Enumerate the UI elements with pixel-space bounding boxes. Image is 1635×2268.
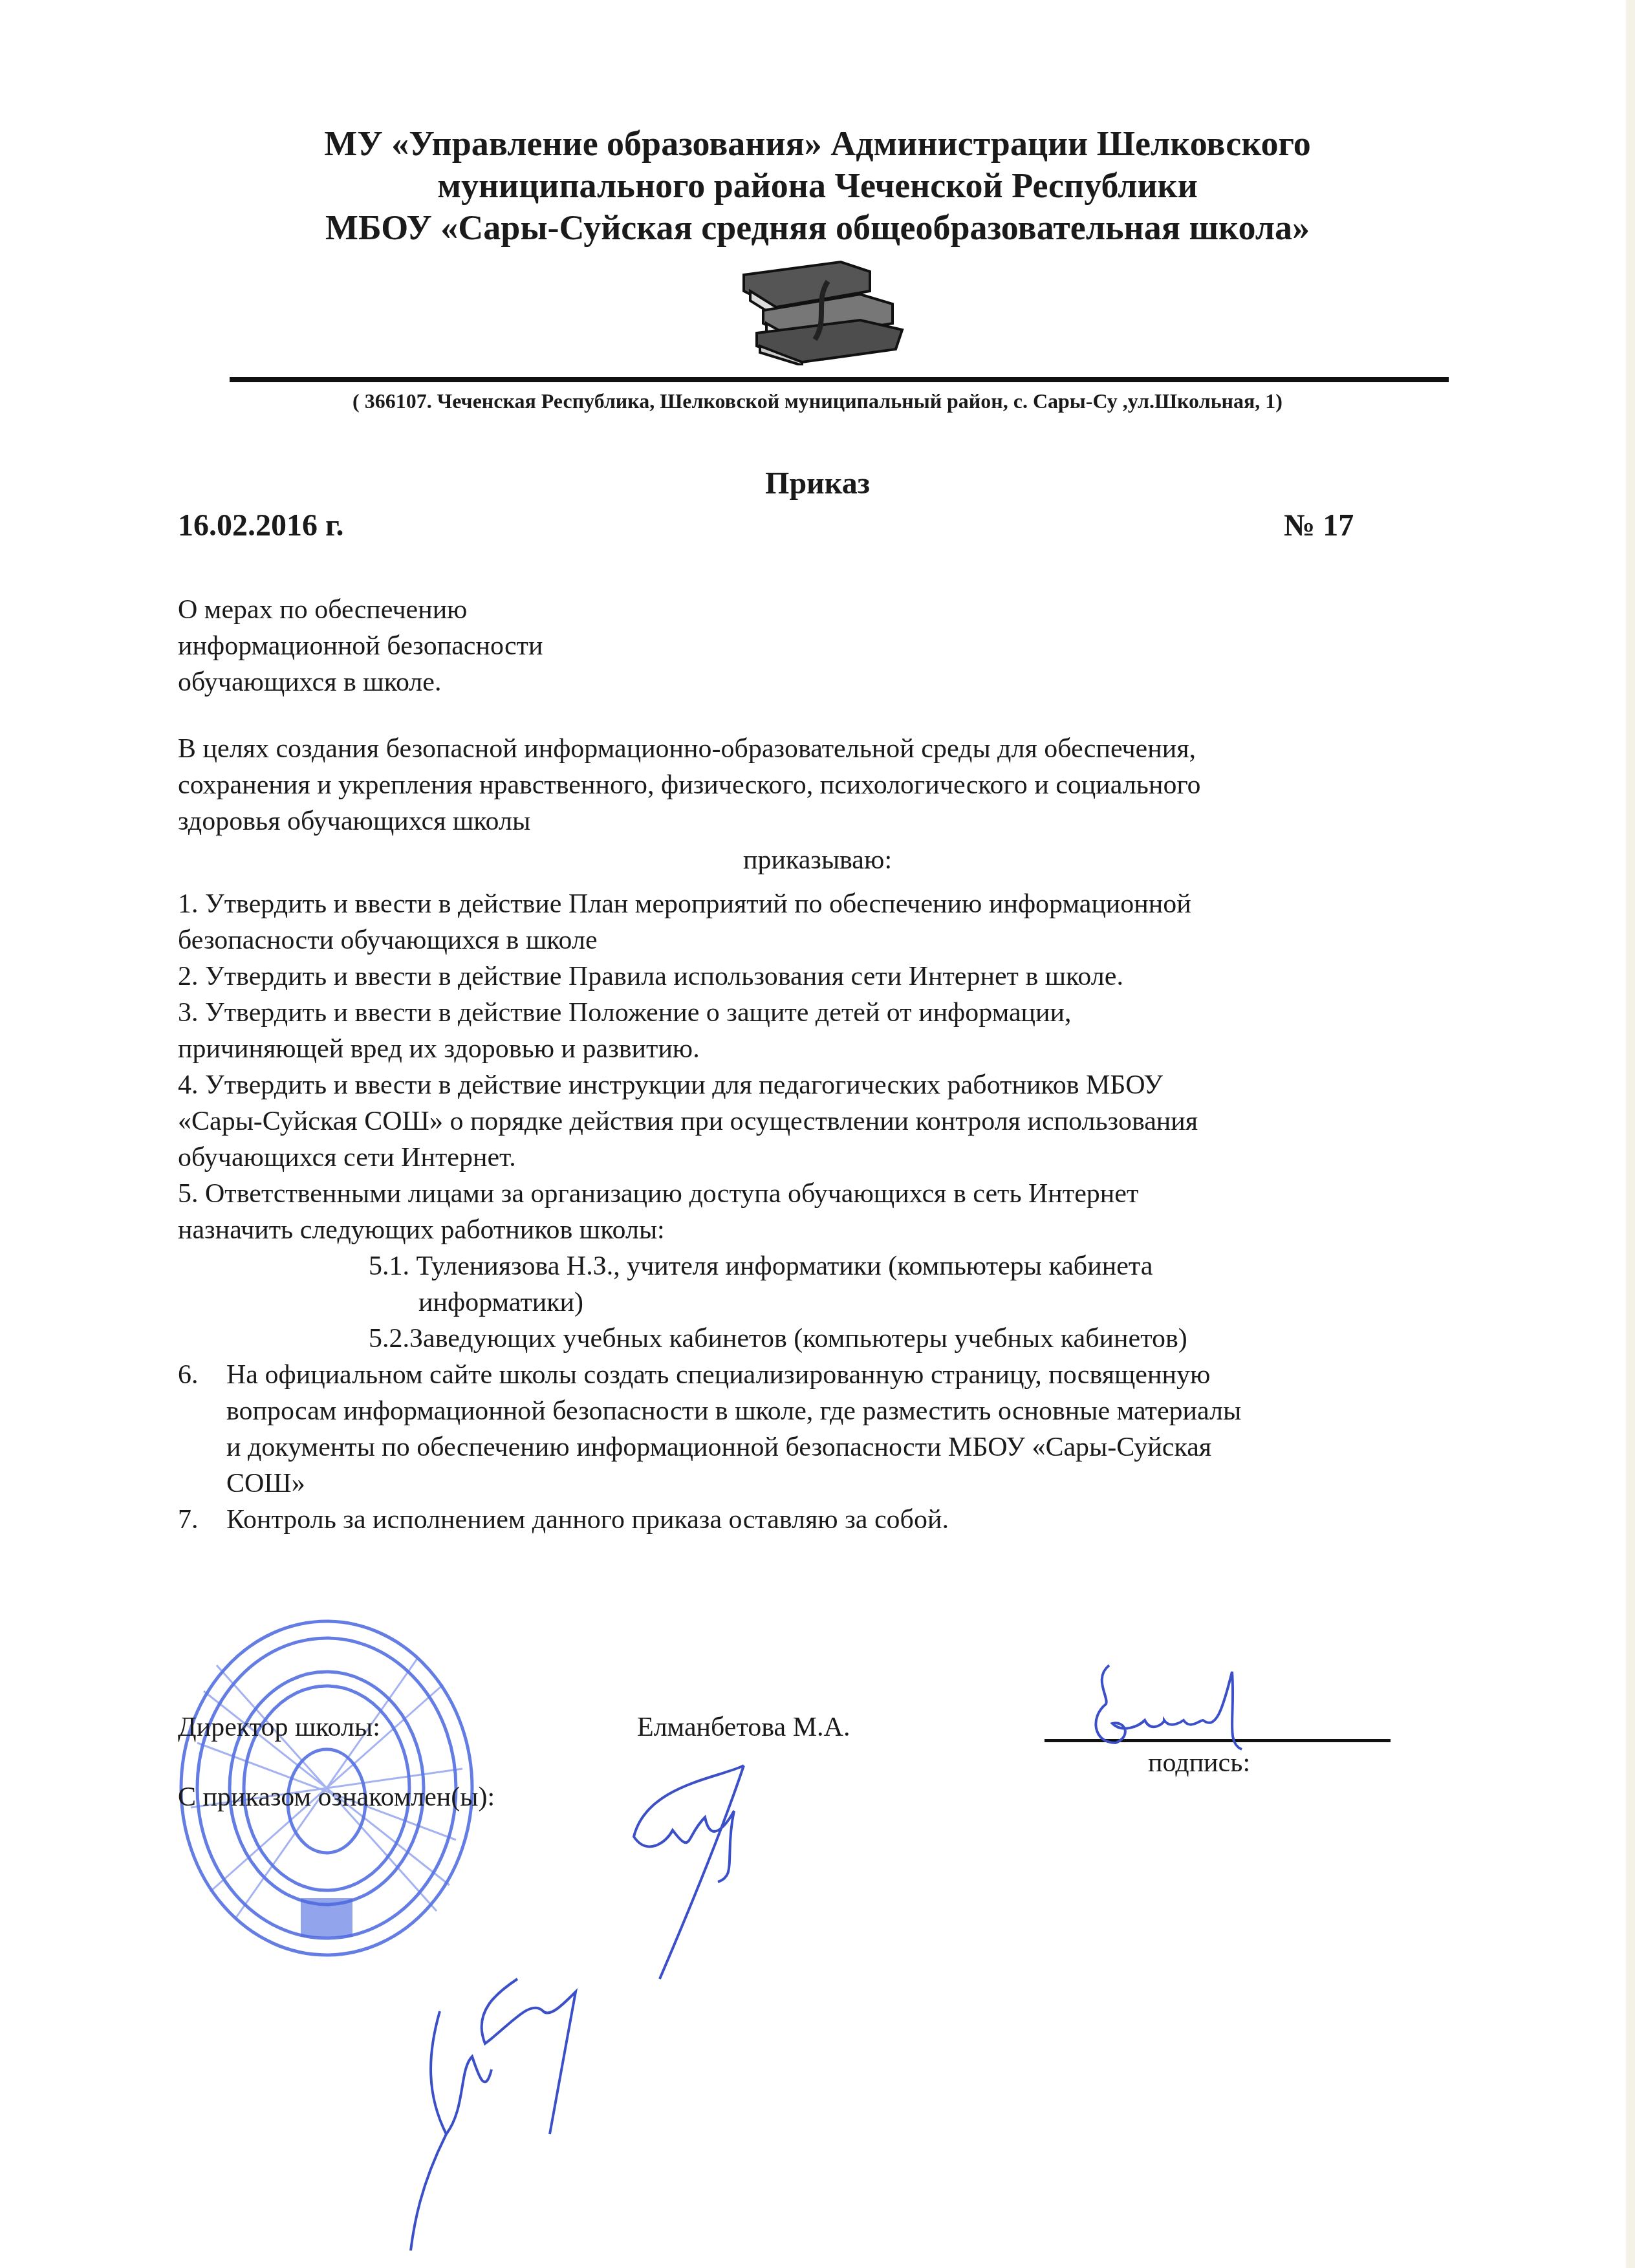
subject-line: О мерах по обеспечению — [178, 592, 543, 628]
item-line: причиняющей вред их здоровью и развитию. — [178, 1031, 1241, 1067]
item-line: 7.Контроль за исполнением данного приказ… — [178, 1502, 1241, 1538]
item-number: 7. — [178, 1502, 226, 1538]
header-line-1: МУ «Управление образования» Администраци… — [0, 123, 1635, 164]
item-number: 6. — [178, 1357, 226, 1393]
preamble: В целях создания безопасной информационн… — [178, 731, 1201, 839]
preamble-line: сохранения и укрепления нравственного, ф… — [178, 767, 1201, 803]
subitem-line: информатики) — [178, 1284, 1241, 1321]
item-line: безопасности обучающихся в школе — [178, 922, 1241, 958]
item-line: обучающихся сети Интернет. — [178, 1139, 1241, 1176]
director-label: Директор школы: — [178, 1712, 380, 1743]
item-line: 4. Утвердить и ввести в действие инструк… — [178, 1067, 1241, 1103]
preamble-line: здоровья обучающихся школы — [178, 803, 1201, 839]
books-stack-icon — [731, 255, 912, 365]
item-line: 6.На официальном сайте школы создать спе… — [178, 1357, 1241, 1393]
item-line: назначить следующих работников школы: — [178, 1212, 1241, 1248]
header-line-2: муниципального района Чеченской Республи… — [0, 165, 1635, 206]
item-line: «Сары-Суйская СОШ» о порядке действия пр… — [178, 1103, 1241, 1139]
header-line-3: МБОУ «Сары-Суйская средняя общеобразоват… — [0, 207, 1635, 248]
subject-line: информационной безопасности — [178, 628, 543, 664]
preamble-line: В целях создания безопасной информационн… — [178, 731, 1201, 767]
school-address: ( 366107. Чеченская Республика, Шелковск… — [0, 388, 1635, 414]
director-name: Елманбетова М.А. — [637, 1712, 850, 1743]
document-title: Приказ — [0, 466, 1635, 501]
acknowledged-label: С приказом ознакомлен(ы): — [178, 1782, 495, 1813]
item-line: СОШ» — [178, 1465, 1241, 1502]
page-edge — [1626, 0, 1635, 2268]
subitem-line: 5.2.Заведующих учебных кабинетов (компью… — [178, 1321, 1241, 1357]
item-line: 3. Утвердить и ввести в действие Положен… — [178, 995, 1241, 1031]
order-date: 16.02.2016 г. — [178, 508, 343, 543]
item-line: 1. Утвердить и ввести в действие План ме… — [178, 886, 1241, 922]
order-items: 1. Утвердить и ввести в действие План ме… — [178, 886, 1241, 1538]
order-number: № 17 — [1284, 508, 1354, 543]
director-signature — [1087, 1659, 1332, 1820]
item-line: вопросам информационной безопасности в ш… — [178, 1393, 1241, 1429]
order-word: приказываю: — [0, 845, 1635, 876]
item-line: и документы по обеспечению информационно… — [178, 1429, 1241, 1465]
subject-line: обучающихся в школе. — [178, 664, 543, 700]
item-line: 2. Утвердить и ввести в действие Правила… — [178, 958, 1241, 995]
item-line: 5. Ответственными лицами за организацию … — [178, 1176, 1241, 1212]
item-text: Контроль за исполнением данного приказа … — [226, 1505, 949, 1535]
header-divider — [230, 377, 1449, 382]
subitem-line: 5.1. Тулениязова Н.З., учителя информати… — [178, 1248, 1241, 1284]
staff-signature-2 — [369, 1863, 660, 2251]
order-subject: О мерах по обеспечению информационной бе… — [178, 592, 543, 700]
item-text: На официальном сайте школы создать специ… — [226, 1360, 1210, 1390]
